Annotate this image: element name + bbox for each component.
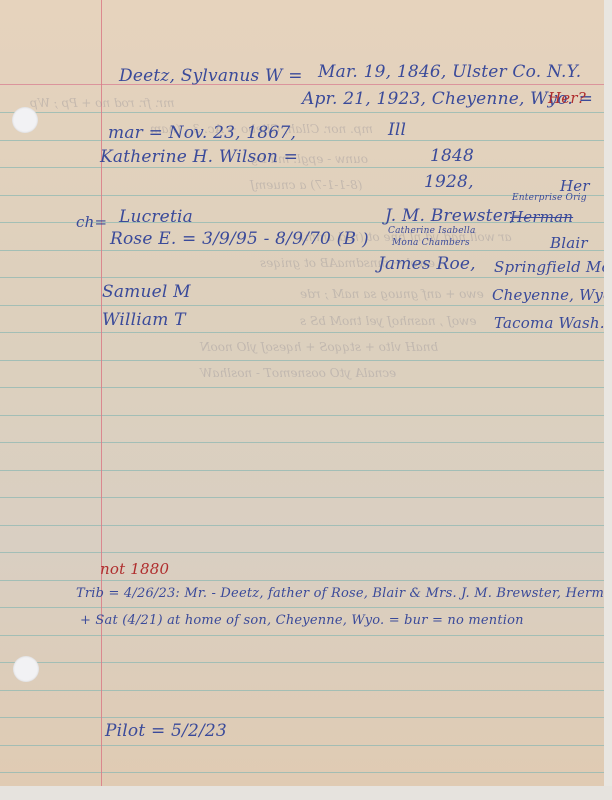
child-name: Samuel M xyxy=(102,282,191,302)
bleed-through-text: bnaH vlto + stqqoS + hqesoJ ylO nooN xyxy=(200,340,438,354)
rule-line xyxy=(0,250,604,251)
rule-line xyxy=(0,442,604,443)
rule-line xyxy=(0,772,604,773)
rule-line xyxy=(0,690,604,691)
bleed-through-text: (8-1-1-7) a cnuemJ xyxy=(250,178,362,192)
child-place: Blair xyxy=(550,234,588,252)
bleed-through-text: ewoJ , nasnhoJ yel tnoM bS s xyxy=(300,314,476,328)
scan-edge xyxy=(604,0,612,800)
rule-line xyxy=(0,525,604,526)
rule-line xyxy=(0,112,604,113)
death-annotation: Her? xyxy=(548,89,586,107)
scan-edge xyxy=(0,786,612,800)
marriage-date: mar = Nov. 23, 1867, xyxy=(108,123,296,143)
rule-line xyxy=(0,580,604,581)
rule-line xyxy=(0,607,604,608)
obituary-line-1: Trib = 4/26/23: Mr. - Deetz, father of R… xyxy=(76,586,604,601)
rule-line xyxy=(0,305,604,306)
rule-line xyxy=(0,717,604,718)
rule-line xyxy=(0,360,604,361)
child-spouse-line: Mona Chambers xyxy=(392,238,470,248)
rule-line xyxy=(0,167,604,168)
subject-birth: Mar. 19, 1846, Ulster Co. N.Y. xyxy=(318,62,581,82)
child-spouse: J. M. Brewster, xyxy=(385,206,515,226)
rule-line xyxy=(0,332,604,333)
bleed-through-text: mr. fr. rod no + Pp ; Wp xyxy=(30,96,174,110)
spouse-birth: 1848 xyxy=(430,146,474,166)
obituary-line-2: + Sat (4/21) at home of son, Cheyenne, W… xyxy=(80,613,524,628)
child-name: Rose E. = 3/9/95 - 8/9/70 (B xyxy=(110,229,356,249)
child-name: Lucretia xyxy=(119,207,193,227)
child-place-correction: Enterprise Orig xyxy=(512,193,587,203)
red-annotation: not 1880 xyxy=(100,560,169,578)
bleed-through-text: ewo + anf gnuog sa naM ; rde xyxy=(300,287,484,301)
spouse-death: 1928, xyxy=(424,172,474,192)
bleed-through-text: ecnalA ytO oosnemoT - noslhaW xyxy=(200,366,396,380)
punch-hole xyxy=(13,656,39,682)
child-place: Springfield Mo. xyxy=(494,258,604,276)
rule-line xyxy=(0,387,604,388)
rule-line xyxy=(0,635,604,636)
rule-line xyxy=(0,140,604,141)
rule-line xyxy=(0,497,604,498)
rule-line xyxy=(0,470,604,471)
margin-line xyxy=(101,0,102,786)
spouse-name: Katherine H. Wilson = xyxy=(100,147,298,167)
pilot-note: Pilot = 5/2/23 xyxy=(105,721,227,741)
rule-line xyxy=(0,277,604,278)
punch-hole xyxy=(12,107,38,133)
child-name: William T xyxy=(102,310,186,330)
subject-name: Deetz, Sylvanus W = xyxy=(119,66,303,86)
rule-line xyxy=(0,552,604,553)
children-label: ch= xyxy=(76,213,107,231)
rule-line xyxy=(0,745,604,746)
rule-line xyxy=(0,415,604,416)
child-place: Cheyenne, Wyo. xyxy=(492,286,604,304)
child-spouse-line: Catherine Isabella xyxy=(388,226,476,236)
notebook-page: mr. fr. rod no + Pp ; Wp mp. nor. Cllah,… xyxy=(0,0,604,786)
rule-line xyxy=(0,662,604,663)
child-place: Tacoma Wash. xyxy=(494,314,604,332)
child-spouse: James Roe, xyxy=(378,254,476,274)
bracket: ) xyxy=(362,230,369,250)
child-place: Herman xyxy=(510,208,573,226)
marriage-place: Ill xyxy=(388,120,406,140)
